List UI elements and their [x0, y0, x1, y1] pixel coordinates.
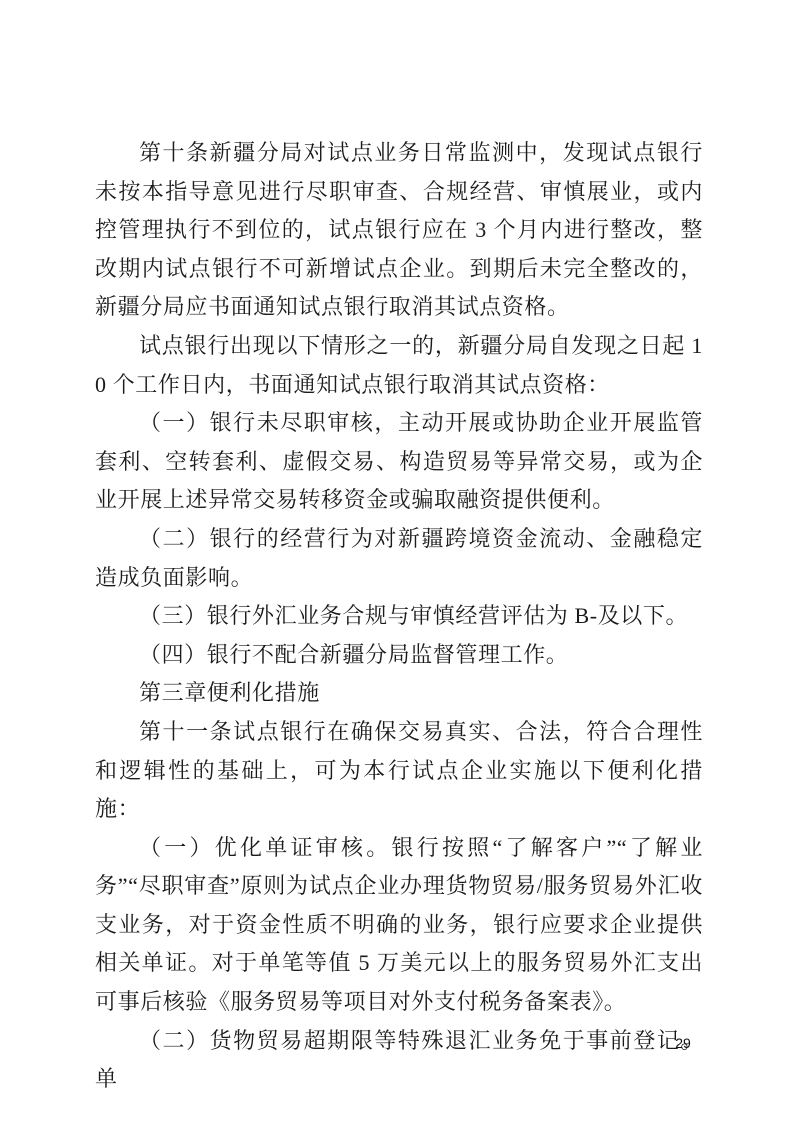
paragraph: 第十条新疆分局对试点业务日常监测中，发现试点银行未按本指导意见进行尽职审查、合规…: [95, 134, 703, 327]
paragraph: （二）银行的经营行为对新疆跨境资金流动、金融稳定造成负面影响。: [95, 520, 703, 597]
paragraph: 第十一条试点银行在确保交易真实、合法，符合合理性和逻辑性的基础上，可为本行试点企…: [95, 713, 703, 829]
document-page: 第十条新疆分局对试点业务日常监测中，发现试点银行未按本指导意见进行尽职审查、合规…: [0, 0, 793, 1122]
paragraph: （二）货物贸易超期限等特殊退汇业务免于事前登记。单: [95, 1022, 703, 1099]
paragraph: （四）银行不配合新疆分局监督管理工作。: [95, 636, 703, 675]
paragraph: （三）银行外汇业务合规与审慎经营评估为 B-及以下。: [95, 597, 703, 636]
paragraph: 第三章便利化措施: [95, 674, 703, 713]
page-number: 29: [668, 1035, 698, 1051]
document-body: 第十条新疆分局对试点业务日常监测中，发现试点银行未按本指导意见进行尽职审查、合规…: [95, 134, 703, 1099]
paragraph: （一）优化单证审核。银行按照“了解客户”“了解业务”“尽职审查”原则为试点企业办…: [95, 829, 703, 1022]
paragraph: （一）银行未尽职审核，主动开展或协助企业开展监管套利、空转套利、虚假交易、构造贸…: [95, 404, 703, 520]
paragraph: 试点银行出现以下情形之一的，新疆分局自发现之日起 10 个工作日内，书面通知试点…: [95, 327, 703, 404]
